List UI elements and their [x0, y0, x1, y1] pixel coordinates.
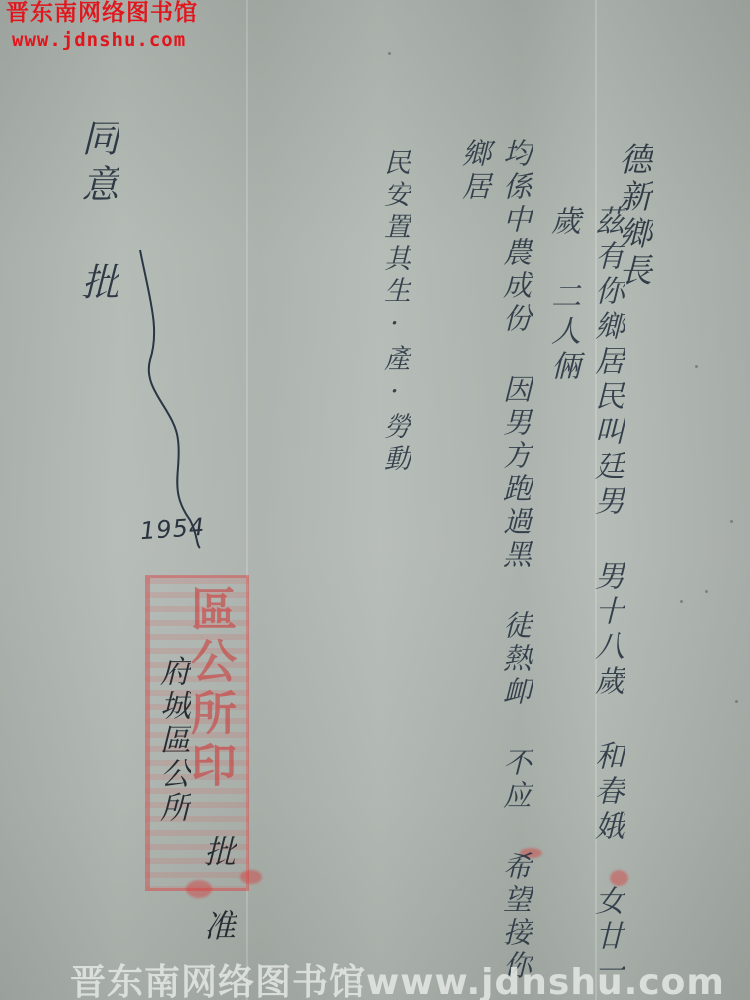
- paper-speck: [695, 365, 698, 368]
- letter-line-2: 均係中農成份 因男方跑過黑 徒熱卹 不应 希望接你鄉居: [455, 138, 537, 1000]
- watermark-bottom: 晋东南网络图书馆www.jdnshu.com: [70, 954, 725, 1000]
- year-annotation: 1954: [139, 513, 206, 545]
- paper-speck: [680, 600, 683, 603]
- paper-speck: [730, 520, 733, 523]
- letter-line-3: 民安置其生·產·勞動: [375, 148, 414, 476]
- letter-line-1: 茲有你鄉居民叫廷男 男十八歲 和春娥 女廿一歲 二人倆: [540, 205, 628, 1000]
- watermark-url: www.jdnshu.com: [12, 31, 198, 50]
- paper-speck: [705, 590, 708, 593]
- watermark-top: 晋东南网络图书馆 www.jdnshu.com: [6, 2, 198, 50]
- ink-smudge: [240, 870, 262, 884]
- approval-signature: 批 准: [195, 835, 241, 943]
- paper-speck: [388, 52, 391, 55]
- watermark-site-name: 晋东南网络图书馆: [6, 2, 198, 25]
- paper-speck: [735, 700, 738, 703]
- approval-note: 同意 批: [70, 118, 125, 308]
- issuing-office: 府城區公所: [150, 655, 195, 825]
